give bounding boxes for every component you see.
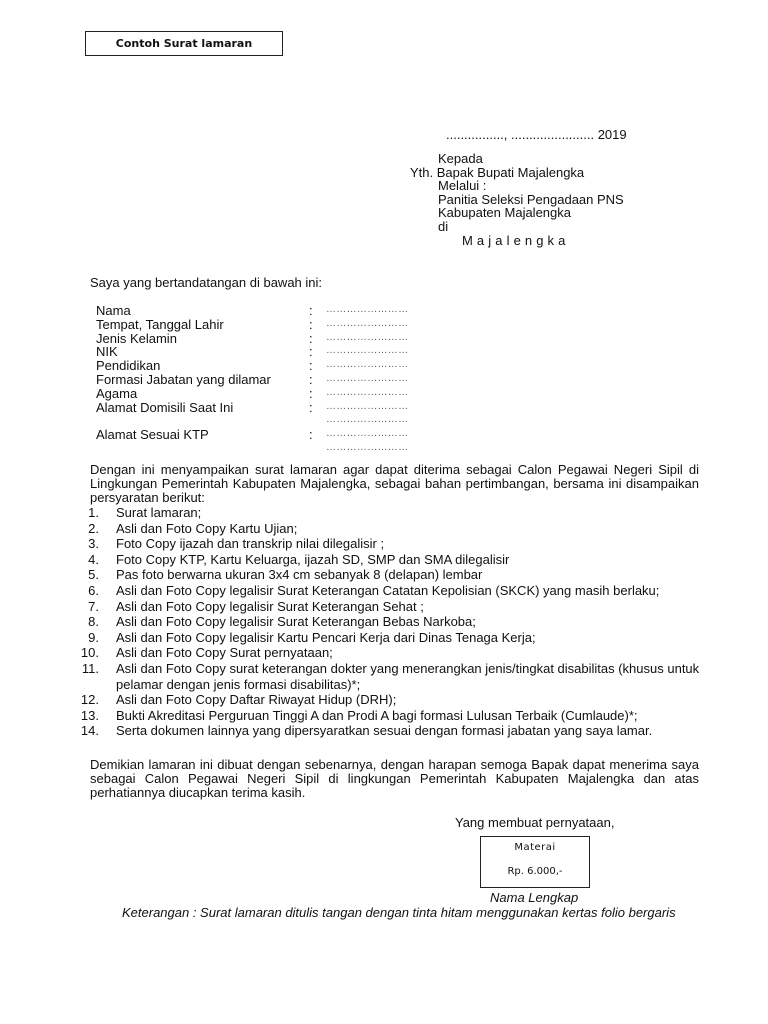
list-item: 3.Foto Copy ijazah dan transkrip nilai d… (78, 536, 703, 552)
list-item: 11.Asli dan Foto Copy surat keterangan d… (78, 661, 703, 692)
paragraph-closing: Demikian lamaran ini dibuat dengan seben… (90, 758, 699, 799)
list-item-number: 7. (78, 599, 99, 615)
paragraph-opening: Dengan ini menyampaikan surat lamaran ag… (90, 463, 699, 504)
signature-label: Yang membuat pernyataan, (455, 816, 614, 830)
list-item: 2.Asli dan Foto Copy Kartu Ujian; (78, 521, 703, 537)
list-item: 6.Asli dan Foto Copy legalisir Surat Ket… (78, 583, 703, 599)
field-value-blank: …………………… (326, 386, 408, 400)
list-item-text: Asli dan Foto Copy Kartu Ujian; (116, 521, 703, 537)
field-value-blank: …………………… (326, 427, 408, 441)
list-item: 5.Pas foto berwarna ukuran 3x4 cm sebany… (78, 567, 703, 583)
list-item-number: 8. (78, 614, 99, 630)
field-value-blank: …………………… (326, 358, 408, 372)
list-item-text: Foto Copy ijazah dan transkrip nilai dil… (116, 536, 703, 552)
field-colon: : (309, 318, 313, 332)
list-item-text: Pas foto berwarna ukuran 3x4 cm sebanyak… (116, 567, 703, 583)
recipient-kabupaten: Kabupaten Majalengka (438, 206, 624, 220)
field-label: NIK (96, 345, 118, 359)
list-item: 4.Foto Copy KTP, Kartu Keluarga, ijazah … (78, 552, 703, 568)
field-label: Agama (96, 387, 137, 401)
requirements-list: 1.Surat lamaran;2.Asli dan Foto Copy Kar… (78, 505, 703, 739)
field-value-blank: …………………… (326, 303, 408, 317)
stamp-line-materai: Materai (481, 842, 589, 853)
field-label: Tempat, Tanggal Lahir (96, 318, 224, 332)
list-item-number: 10. (78, 645, 99, 661)
field-colon: : (309, 387, 313, 401)
title-text: Contoh Surat lamaran (116, 37, 252, 50)
list-item-text: Serta dokumen lainnya yang dipersyaratka… (116, 723, 703, 739)
list-item-text: Asli dan Foto Copy surat keterangan dokt… (116, 661, 703, 692)
field-value-blank: …………………… (326, 344, 408, 358)
list-item-text: Asli dan Foto Copy legalisir Surat Keter… (116, 583, 703, 599)
list-item-text: Asli dan Foto Copy legalisir Surat Keter… (116, 614, 703, 630)
note-text: Keterangan : Surat lamaran ditulis tanga… (122, 906, 682, 920)
list-item-number: 11. (78, 661, 99, 677)
list-item-number: 1. (78, 505, 99, 521)
list-item: 1.Surat lamaran; (78, 505, 703, 521)
field-colon: : (309, 332, 313, 346)
recipient-kepada: Kepada (438, 152, 624, 166)
list-item-number: 13. (78, 708, 99, 724)
list-item-text: Asli dan Foto Copy legalisir Surat Keter… (116, 599, 703, 615)
list-item-number: 9. (78, 630, 99, 646)
list-item: 13.Bukti Akreditasi Perguruan Tinggi A d… (78, 708, 703, 724)
recipient-city: Majalengka (462, 234, 624, 248)
list-item: 14.Serta dokumen lainnya yang dipersyara… (78, 723, 703, 739)
field-label: Alamat Sesuai KTP (96, 428, 209, 442)
date-line: ................, ......................… (446, 128, 627, 142)
list-item: 10.Asli dan Foto Copy Surat pernyataan; (78, 645, 703, 661)
intro-text: Saya yang bertandatangan di bawah ini: (90, 276, 322, 290)
list-item-text: Foto Copy KTP, Kartu Keluarga, ijazah SD… (116, 552, 703, 568)
recipient-panitia: Panitia Seleksi Pengadaan PNS (438, 193, 624, 207)
recipient-melalui: Melalui : (438, 179, 624, 193)
field-label: Jenis Kelamin (96, 332, 177, 346)
list-item-text: Asli dan Foto Copy Daftar Riwayat Hidup … (116, 692, 703, 708)
field-value-blank: …………………… (326, 441, 408, 455)
list-item: 8.Asli dan Foto Copy legalisir Surat Ket… (78, 614, 703, 630)
field-colon: : (309, 359, 313, 373)
list-item-number: 6. (78, 583, 99, 599)
field-colon: : (309, 401, 313, 415)
title-box: Contoh Surat lamaran (85, 31, 283, 56)
field-label: Formasi Jabatan yang dilamar (96, 373, 271, 387)
field-value-blank: …………………… (326, 317, 408, 331)
list-item: 9.Asli dan Foto Copy legalisir Kartu Pen… (78, 630, 703, 646)
recipient-yth: Yth. Bapak Bupati Majalengka (410, 166, 624, 180)
signature-name: Nama Lengkap (490, 891, 578, 905)
list-item-text: Bukti Akreditasi Perguruan Tinggi A dan … (116, 708, 703, 724)
field-value-blank: …………………… (326, 400, 408, 414)
stamp-box: Materai Rp. 6.000,- (480, 836, 590, 888)
recipient-block: Kepada Yth. Bapak Bupati Majalengka Mela… (438, 152, 624, 247)
field-value-blank: …………………… (326, 372, 408, 386)
field-colon: : (309, 304, 313, 318)
list-item-text: Asli dan Foto Copy legalisir Kartu Penca… (116, 630, 703, 646)
stamp-line-amount: Rp. 6.000,- (481, 866, 589, 877)
list-item-text: Surat lamaran; (116, 505, 703, 521)
recipient-di: di (438, 220, 624, 234)
list-item-text: Asli dan Foto Copy Surat pernyataan; (116, 645, 703, 661)
field-value-blank: …………………… (326, 331, 408, 345)
list-item-number: 2. (78, 521, 99, 537)
field-colon: : (309, 428, 313, 442)
field-value-blank: …………………… (326, 413, 408, 427)
field-colon: : (309, 373, 313, 387)
list-item-number: 3. (78, 536, 99, 552)
list-item: 12.Asli dan Foto Copy Daftar Riwayat Hid… (78, 692, 703, 708)
field-label: Alamat Domisili Saat Ini (96, 401, 233, 415)
list-item-number: 5. (78, 567, 99, 583)
list-item: 7.Asli dan Foto Copy legalisir Surat Ket… (78, 599, 703, 615)
list-item-number: 12. (78, 692, 99, 708)
list-item-number: 14. (78, 723, 99, 739)
list-item-number: 4. (78, 552, 99, 568)
field-label: Nama (96, 304, 131, 318)
field-colon: : (309, 345, 313, 359)
field-label: Pendidikan (96, 359, 160, 373)
